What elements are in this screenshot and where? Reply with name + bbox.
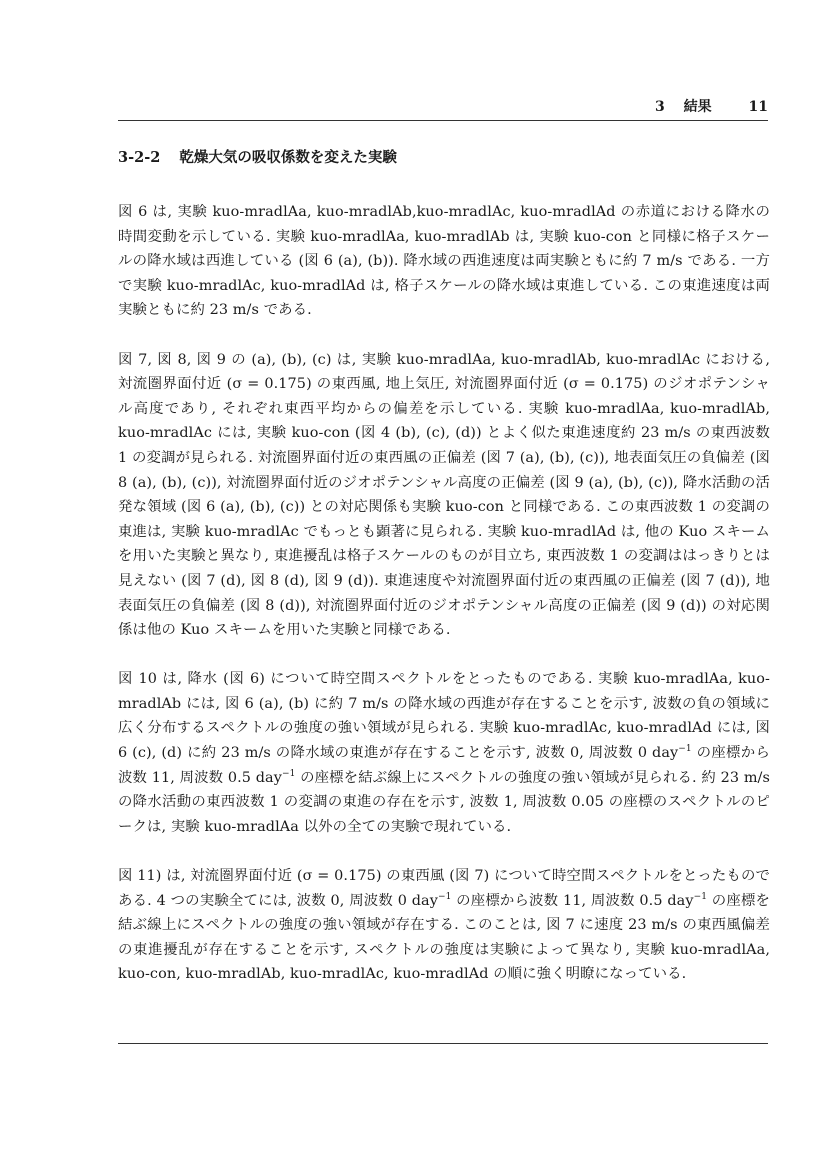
section-heading: 3-2-2 乾燥大気の吸収係数を変えた実験 [118, 146, 397, 167]
paragraph-1: 図 6 は, 実験 kuo-mradlAa, kuo-mradlAb,kuo-m… [118, 200, 770, 323]
paragraph-4: 図 11) は, 対流圏界面付近 (σ = 0.175) の東西風 (図 7) … [118, 864, 770, 987]
superscript: −1 [694, 892, 707, 902]
section-number: 3-2-2 [118, 149, 160, 166]
chapter-number: 3 [655, 99, 665, 115]
running-header: 3 結果 11 [118, 96, 768, 116]
superscript: −1 [678, 744, 691, 754]
section-title: 乾燥大気の吸収係数を変えた実験 [179, 149, 397, 166]
paragraph-2: 図 7, 図 8, 図 9 の (a), (b), (c) は, 実験 kuo-… [118, 348, 770, 643]
superscript: −1 [282, 769, 295, 779]
footer-rule [118, 1043, 768, 1044]
paragraph-3: 図 10 は, 降水 (図 6) について時空間スペクトルをとったものである. … [118, 667, 770, 839]
text-run: 図 10 は, 降水 (図 6) について時空間スペクトルをとったものである. … [118, 671, 770, 761]
text-run: の座標から波数 11, 周波数 0.5 day [451, 893, 693, 909]
header-rule [118, 120, 768, 121]
page-number: 11 [749, 99, 768, 115]
superscript: −1 [438, 892, 451, 902]
chapter-title: 結果 [684, 96, 712, 116]
body-text: 図 6 は, 実験 kuo-mradlAa, kuo-mradlAb,kuo-m… [118, 200, 770, 1012]
